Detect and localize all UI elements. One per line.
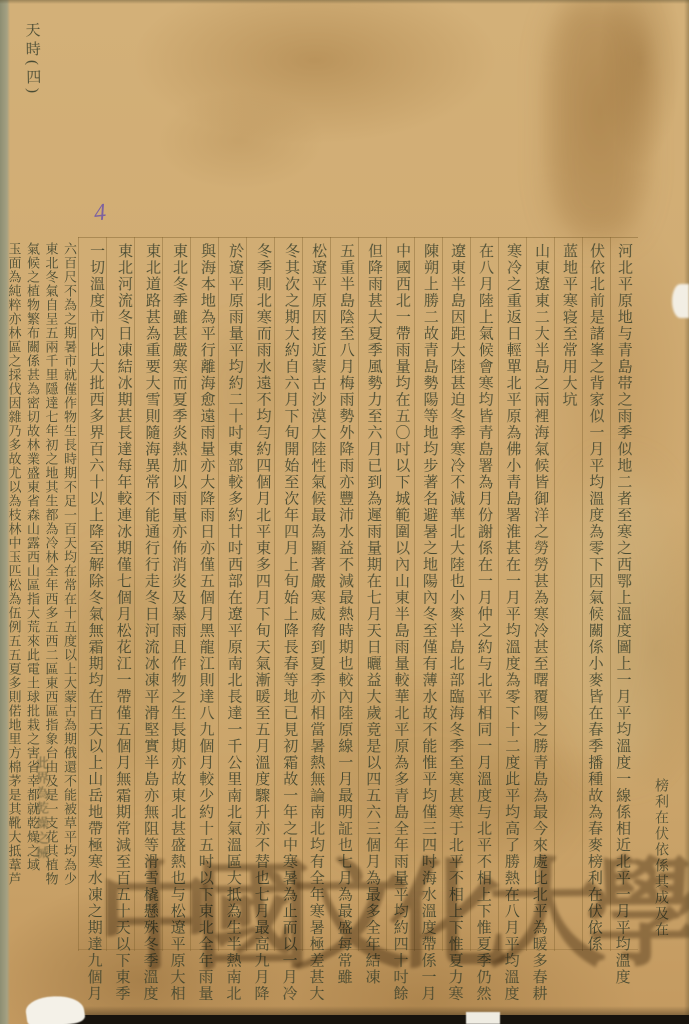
- page-number: 4: [93, 199, 108, 227]
- scan-black-bar: [52, 1015, 689, 1024]
- stain-top-right: [548, 0, 644, 238]
- scan-edge-left: [0, 0, 10, 1024]
- left-margin-note: 此界為乾燥之械: [32, 756, 51, 956]
- paper-nick-right-edge: [672, 284, 689, 318]
- scan-edge-top: [0, 0, 689, 4]
- scan-edge-right: [684, 0, 689, 1024]
- paper-tear-bottom-center: [466, 1012, 500, 1024]
- margin-column: 六百尺不為之期暑市就僅作物生長時期不足一百天均在常在十五度以上大蒙古為期俄還不能…: [60, 242, 79, 1020]
- university-watermark: 中國文化大學: [95, 835, 682, 1015]
- manuscript-page: 天時(四) 4 河北平原地与青島帯之雨季似地二者至寒之西鄂上溫度圖上一月平均溫度…: [0, 0, 689, 1024]
- corner-label: 天時(四): [21, 22, 43, 97]
